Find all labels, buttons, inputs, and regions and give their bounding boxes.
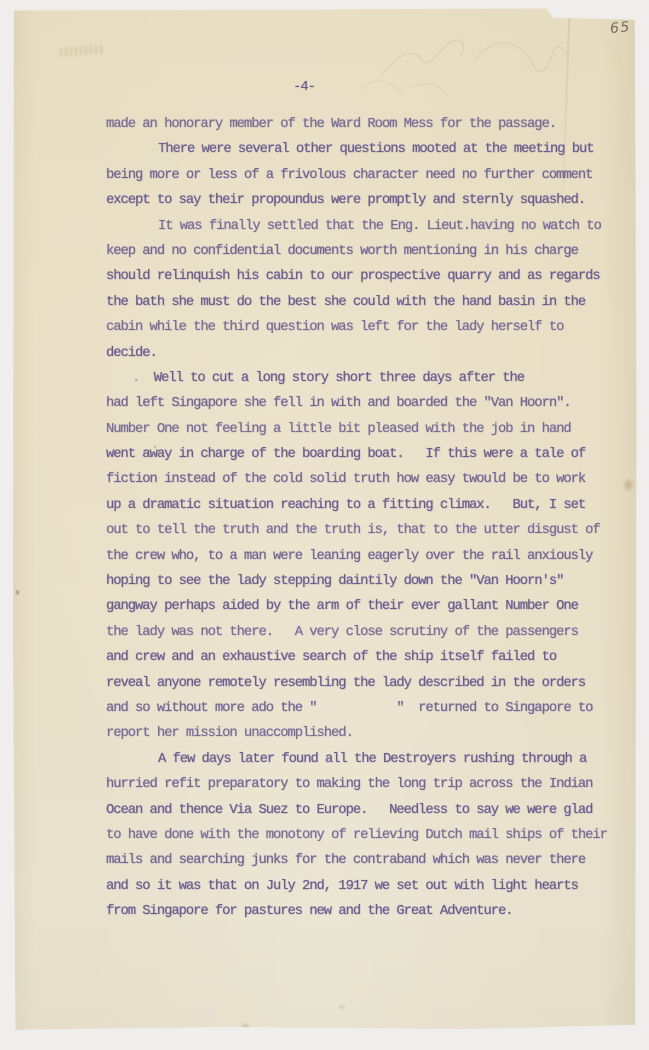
typescript-line-text: from Singapore for pastures new and the …	[106, 904, 513, 919]
typescript-line-text: hurried refit preparatory to making the …	[106, 777, 592, 792]
typescript-line: cabin while the third question was left …	[106, 315, 646, 340]
typescript-line: out to tell the truth and the truth is, …	[106, 518, 646, 543]
typescript-line: hurried refit preparatory to making the …	[106, 772, 646, 797]
typescript-line: the lady was not there. A very close scr…	[106, 620, 646, 645]
typescript-line-text: out to tell the truth and the truth is, …	[106, 523, 600, 538]
typescript-line: the bath she must do the best she could …	[106, 290, 646, 315]
typescript-line-text: mails and searching junks for the contra…	[106, 853, 585, 868]
typescript-line-text: hoping to see the lady stepping daintily…	[106, 574, 563, 589]
typescript-line-text: and crew and an exhaustive search of the…	[106, 650, 556, 665]
typescript-line: It was finally settled that the Eng. Lie…	[106, 214, 646, 239]
typescript-line-text: fiction instead of the cold solid truth …	[106, 472, 585, 487]
typescript-line: decide.	[106, 341, 646, 366]
typescript-line-text: made an honorary member of the Ward Room…	[106, 117, 556, 132]
typescript-line: except to say their propoundus were prom…	[106, 188, 646, 213]
typescript-line: hoping to see the lady stepping daintily…	[106, 569, 646, 594]
typescript-line: . Well to cut a long story short three d…	[106, 366, 646, 391]
typescript-line-text: decide.	[106, 346, 157, 361]
typescript-line: gangway perhaps aided by the arm of thei…	[106, 594, 646, 619]
typescript-line-text: up a dramatic situation reaching to a fi…	[106, 498, 585, 513]
typescript-line: the crew who, to a man were leaning eage…	[106, 544, 646, 569]
typescript-body: made an honorary member of the Ward Room…	[106, 112, 646, 925]
typescript-line: mails and searching junks for the contra…	[106, 848, 646, 873]
typescript-line: fiction instead of the cold solid truth …	[106, 467, 646, 492]
typescript-line-text: gangway perhaps aided by the arm of thei…	[106, 599, 578, 614]
scan-background: 65 -4- made an honorary member of the Wa…	[0, 0, 649, 1050]
document-page: 65 -4- made an honorary member of the Wa…	[12, 8, 637, 1032]
typescript-line-text: A few days later found all the Destroyer…	[158, 752, 586, 767]
typescript-line-text: the lady was not there. A very close scr…	[106, 625, 578, 640]
typescript-line: and so without more ado the " " returned…	[106, 696, 646, 721]
typescript-line-text: Number One not feeling a little bit plea…	[106, 422, 571, 437]
typescript-line: to have done with the monotony of reliev…	[106, 823, 646, 848]
typescript-line-text: the crew who, to a man were leaning eage…	[106, 549, 592, 564]
typescript-line: from Singapore for pastures new and the …	[106, 899, 646, 924]
typescript-line-text: went away in charge of the boarding boat…	[106, 447, 585, 462]
typescript-line-text: to have done with the monotony of reliev…	[106, 828, 607, 843]
typescript-line-text: being more or less of a frivolous charac…	[106, 168, 592, 183]
typescript-line-text: reveal anyone remotely resembling the la…	[106, 676, 585, 691]
stray-type-mark: .	[132, 371, 154, 386]
typescript-line-text: cabin while the third question was left …	[106, 320, 563, 335]
typescript-line-text: had left Singapore she fell in with and …	[106, 396, 571, 411]
typescript-line: and crew and an exhaustive search of the…	[106, 645, 646, 670]
stain	[238, 1020, 253, 1033]
typescript-line: Number One not feeling a little bit plea…	[106, 417, 646, 442]
typescript-line: up a dramatic situation reaching to a fi…	[106, 493, 646, 518]
typescript-line: had left Singapore she fell in with and …	[106, 391, 646, 416]
stain	[336, 1002, 347, 1012]
pencil-folio-number: 65	[609, 19, 631, 37]
typescript-line-text: keep and no confidential documents worth…	[106, 244, 578, 259]
typescript-line: keep and no confidential documents worth…	[106, 239, 646, 264]
typescript-line-text: Ocean and thence Via Suez to Europe. Nee…	[106, 803, 592, 818]
faint-stamp-mark	[60, 44, 105, 56]
typescript-line-text: There were several other questions moote…	[158, 142, 594, 157]
typescript-line-text: should relinquish his cabin to our prosp…	[106, 269, 600, 284]
typescript-line: A few days later found all the Destroyer…	[106, 747, 646, 772]
faint-pencil-handwriting-icon	[342, 16, 592, 96]
typescript-line: report her mission unaccomplished.	[106, 721, 646, 746]
typescript-line: should relinquish his cabin to our prosp…	[106, 264, 646, 289]
typescript-line-text: and so it was that on July 2nd, 1917 we …	[106, 879, 578, 894]
page-number: -4-	[274, 80, 334, 95]
typescript-line: reveal anyone remotely resembling the la…	[106, 671, 646, 696]
typescript-line-text: except to say their propoundus were prom…	[106, 193, 585, 208]
typescript-line-text: It was finally settled that the Eng. Lie…	[158, 219, 601, 234]
typescript-line: went away in charge of the boarding boat…	[106, 442, 646, 467]
typescript-line-text: the bath she must do the best she could …	[106, 295, 585, 310]
typescript-line: and so it was that on July 2nd, 1917 we …	[106, 874, 646, 899]
typescript-line-text: and so without more ado the " " returned…	[106, 701, 592, 716]
typescript-line-text: report her mission unaccomplished.	[106, 726, 353, 741]
typescript-line-text: Well to cut a long story short three day…	[154, 371, 524, 386]
typescript-line: Ocean and thence Via Suez to Europe. Nee…	[106, 798, 646, 823]
